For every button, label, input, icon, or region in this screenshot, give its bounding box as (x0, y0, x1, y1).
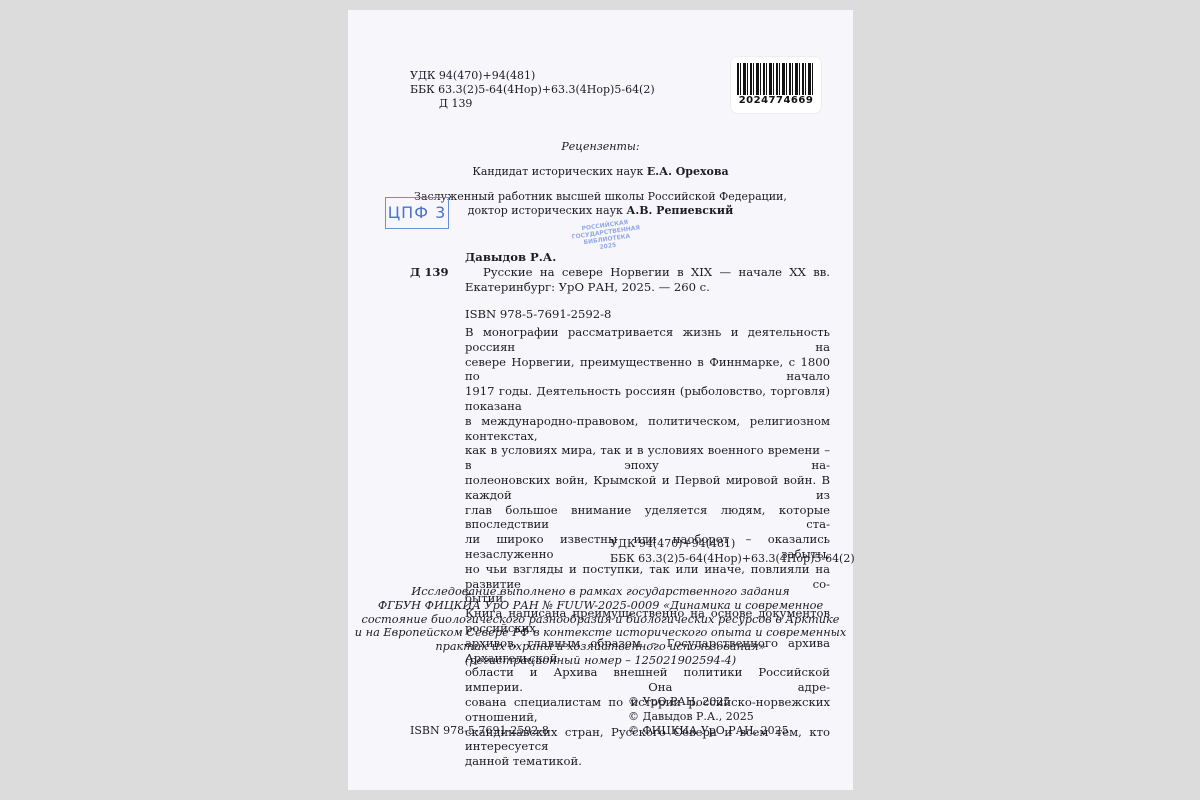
barcode-number: 2024774669 (731, 95, 821, 106)
author-name: Давыдов Р.А. (465, 250, 556, 265)
udk-code: УДК 94(470)+94(481) (610, 537, 855, 552)
bbk-code: ББК 63.3(2)5-64(4Нор)+63.3(4Нор)5-64(2) (610, 552, 855, 567)
book-title-block: Русские на севере Норвегии в XIX — начал… (465, 265, 830, 295)
library-code: Д 139 (410, 265, 449, 280)
reviewers-heading: Рецензенты: (348, 140, 853, 154)
cpf-stamp: ЦПФ 3 (385, 197, 449, 229)
abstract-line: глав большое внимание уделяется людям, к… (465, 503, 830, 533)
bbk-code: ББК 63.3(2)5-64(4Нор)+63.3(4Нор)5-64(2) (410, 83, 655, 97)
book-title: Русские на севере Норвегии в XIX — начал… (465, 265, 830, 280)
funding-line: практик их охраны и хозяйственного испол… (348, 640, 853, 654)
funding-note: Исследование выполнено в рамках государс… (348, 585, 853, 668)
abstract-line: В монографии рассматривается жизнь и дея… (465, 325, 830, 355)
classification-block-top: УДК 94(470)+94(481) ББК 63.3(2)5-64(4Нор… (410, 69, 655, 111)
copyright-line: © Давыдов Р.А., 2025 (628, 710, 789, 725)
funding-line: ФГБУН ФИЦКИА УрО РАН № FUUW-2025-0009 «Д… (348, 599, 853, 613)
abstract-line: полеоновских войн, Крымской и Первой мир… (465, 473, 830, 503)
abstract-line: севере Норвегии, преимущественно в Финнм… (465, 355, 830, 385)
abstract-line: как в условиях мира, так и в условиях во… (465, 443, 830, 473)
footer-isbn: ISBN 978-5-7691-2592-8 (410, 724, 549, 738)
reviewer-2-name: А.В. Репиевский (626, 204, 733, 217)
book-imprint-page: УДК 94(470)+94(481) ББК 63.3(2)5-64(4Нор… (348, 10, 853, 790)
reviewer-1-title: Кандидат исторических наук (472, 165, 647, 178)
funding-line: (регистрационный номер – 125021902594-4) (348, 654, 853, 668)
abstract-line: 1917 годы. Деятельность россиян (рыболов… (465, 384, 830, 414)
isbn: ISBN 978-5-7691-2592-8 (465, 307, 611, 322)
abstract-line: области и Архива внешней политики Россий… (465, 665, 830, 695)
library-stamp: РОССИЙСКАЯ ГОСУДАРСТВЕННАЯ БИБЛИОТЕКА 20… (570, 217, 642, 254)
funding-line: состояние биологического разнообразия и … (348, 613, 853, 627)
reviewer-2-title: доктор исторических наук (468, 204, 627, 217)
barcode-icon (737, 63, 815, 95)
abstract-line: данной тематикой. (465, 754, 830, 769)
copyright-line: © ФИЦКИА УрО РАН, 2025 (628, 724, 789, 739)
copyright-block: © УрО РАН, 2025 © Давыдов Р.А., 2025 © Ф… (628, 695, 789, 739)
udk-code: УДК 94(470)+94(481) (410, 69, 655, 83)
abstract-line: в международно-правовом, политическом, р… (465, 414, 830, 444)
funding-line: и на Европейском Севере РФ в контексте и… (348, 626, 853, 640)
classification-block-bottom: УДК 94(470)+94(481) ББК 63.3(2)5-64(4Нор… (610, 537, 855, 567)
funding-line: Исследование выполнено в рамках государс… (348, 585, 853, 599)
reviewer-1: Кандидат исторических наук Е.А. Орехова (348, 165, 853, 179)
reviewer-1-name: Е.А. Орехова (647, 165, 729, 178)
barcode-sticker: 2024774669 (731, 57, 821, 113)
copyright-line: © УрО РАН, 2025 (628, 695, 789, 710)
publication-info: Екатеринбург: УрО РАН, 2025. — 260 с. (465, 280, 830, 295)
author-sign: Д 139 (410, 97, 655, 111)
